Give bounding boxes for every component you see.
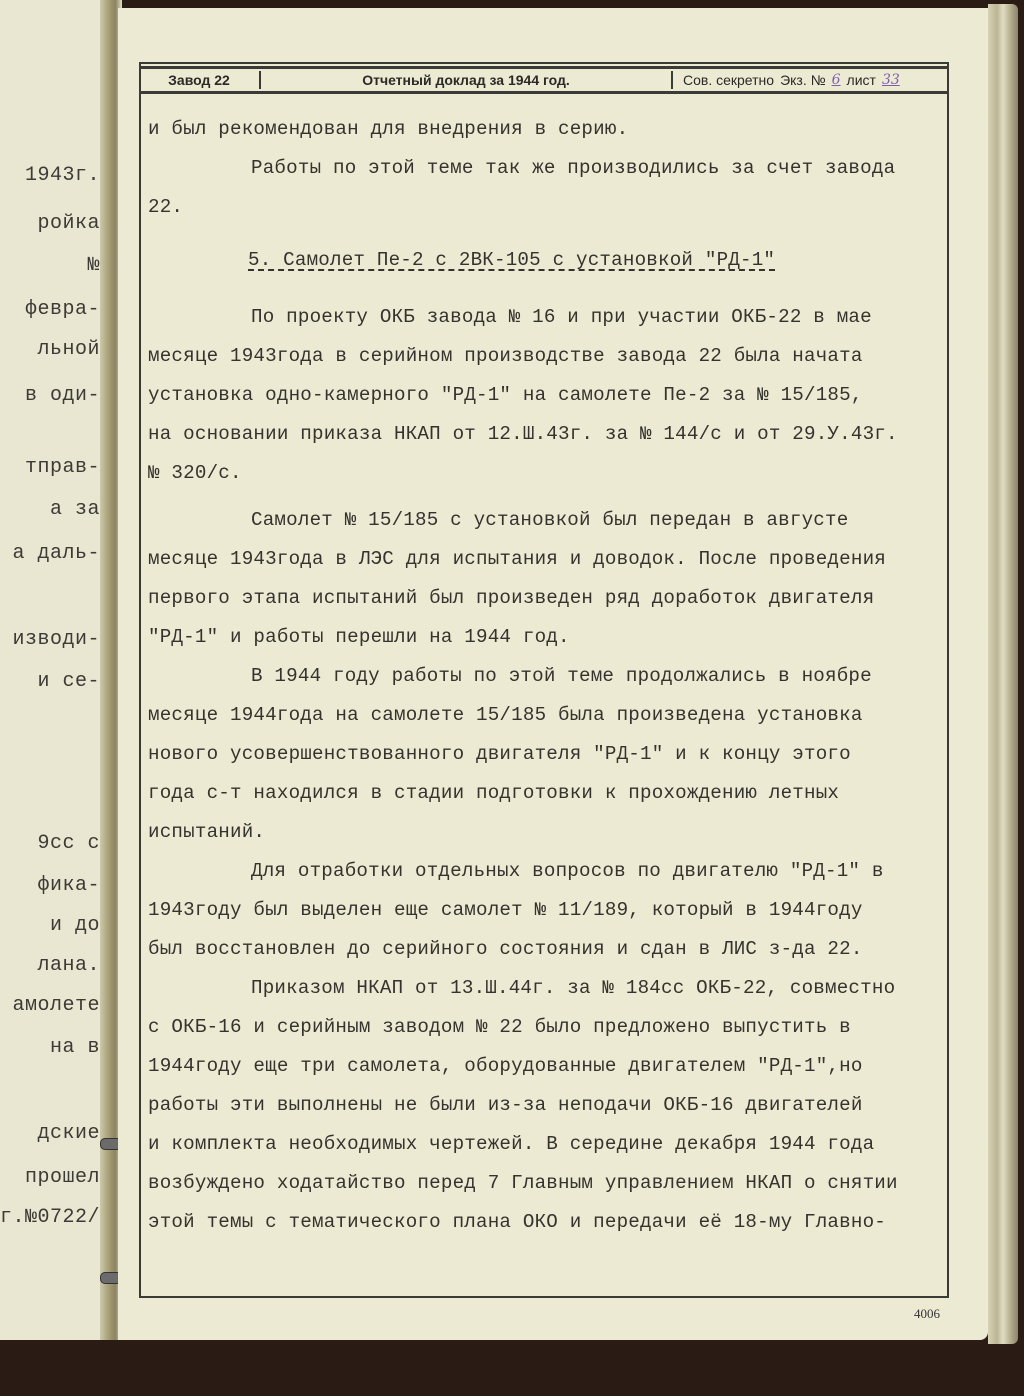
text-line: 22. [148,188,960,227]
paragraph: Самолет № 15/185 с установкой был переда… [148,501,960,657]
document-body: и был рекомендован для внедрения в серию… [148,110,960,1242]
previous-page-text-fragment: прошел [25,1166,100,1189]
page-stack-edge [988,4,1018,1344]
text-line: работы эти выполнены не были из-за непод… [148,1086,960,1125]
previous-page-text-fragment: 9сс с [37,832,100,855]
previous-page-text-fragment: а даль- [12,542,100,565]
previous-page-text-fragment: № [87,254,100,277]
previous-page-text-fragment: ройка [37,212,100,235]
text-line: По проекту ОКБ завода № 16 и при участии… [148,298,960,337]
text-line: Работы по этой теме так же производились… [148,149,960,188]
previous-page-text-fragment: в оди- [25,384,100,407]
text-line: и был рекомендован для внедрения в серию… [148,110,960,149]
previous-page-text-fragment: лана. [37,954,100,977]
text-line: установка одно-камерного "РД-1" на самол… [148,376,960,415]
text-line: № 320/с. [148,454,960,493]
text-line: был восстановлен до серийного состояния … [148,930,960,969]
text-line: Для отработки отдельных вопросов по двиг… [148,852,960,891]
previous-page-text-fragment: 1943г. [25,164,100,187]
text-line: месяце 1943года в ЛЭС для испытания и до… [148,540,960,579]
archive-number: 4006 [914,1306,940,1322]
previous-page-text-fragment: амолете [12,994,100,1017]
text-line: 1944году еще три самолета, оборудованные… [148,1047,960,1086]
text-line: этой темы с тематического плана ОКО и пе… [148,1203,960,1242]
text-line: первого этапа испытаний был произведен р… [148,579,960,618]
text-line: возбуждено ходатайство перед 7 Главным у… [148,1164,960,1203]
paragraph: Для отработки отдельных вопросов по двиг… [148,852,960,969]
copy-label: Экз. № [780,72,826,88]
paragraph: В 1944 году работы по этой теме продолжа… [148,657,960,852]
previous-page-text-fragment: и се- [37,670,100,693]
sheet-label: лист [847,72,876,88]
paragraph: Приказом НКАП от 13.Ш.44г. за № 184сс ОК… [148,969,960,1242]
section-heading: 5. Самолет Пе-2 с 2ВК-105 с установкой "… [148,241,960,280]
plant-label: Завод 22 [139,72,259,88]
previous-page-text-fragment: февра- [25,298,100,321]
text-line: с ОКБ-16 и серийным заводом № 22 было пр… [148,1008,960,1047]
previous-page-text-fragment: фика- [37,874,100,897]
previous-page-text-fragment: на в [50,1036,100,1059]
previous-page-text-fragment: дские [37,1122,100,1145]
classification-label: Сов. секретно [683,72,774,88]
previous-page-text-fragment: и до [50,914,100,937]
text-line: В 1944 году работы по этой теме продолжа… [148,657,960,696]
text-line: месяце 1943года в серийном производстве … [148,337,960,376]
previous-page: 1943г.ройка№февра-льнойв оди-тправ-а заа… [0,0,113,1340]
text-line: нового усовершенствованного двигателя "Р… [148,735,960,774]
previous-page-text-fragment: г.№0722/ [0,1206,100,1229]
previous-page-text-fragment: льной [37,338,100,361]
previous-page-text-fragment: изводи- [12,628,100,651]
text-line: 1943году был выделен еще самолет № 11/18… [148,891,960,930]
document-header: Завод 22 Отчетный доклад за 1944 год. Со… [139,66,949,94]
sheet-number: 33 [882,72,900,88]
previous-page-text-fragment: а за [50,498,100,521]
copy-number: 6 [832,72,841,88]
paragraph: По проекту ОКБ завода № 16 и при участии… [148,298,960,493]
report-title: Отчетный доклад за 1944 год. [261,72,671,88]
text-line: испытаний. [148,813,960,852]
classification-block: Сов. секретно Экз. № 6 лист 33 [673,72,910,88]
text-line: месяце 1944года на самолете 15/185 была … [148,696,960,735]
text-line: Самолет № 15/185 с установкой был переда… [148,501,960,540]
text-line: на основании приказа НКАП от 12.Ш.43г. з… [148,415,960,454]
previous-page-text-fragment: тправ- [25,456,100,479]
text-line: Приказом НКАП от 13.Ш.44г. за № 184сс ОК… [148,969,960,1008]
text-line: и комплекта необходимых чертежей. В сере… [148,1125,960,1164]
text-line: года с-т находился в стадии подготовки к… [148,774,960,813]
text-line: "РД-1" и работы перешли на 1944 год. [148,618,960,657]
